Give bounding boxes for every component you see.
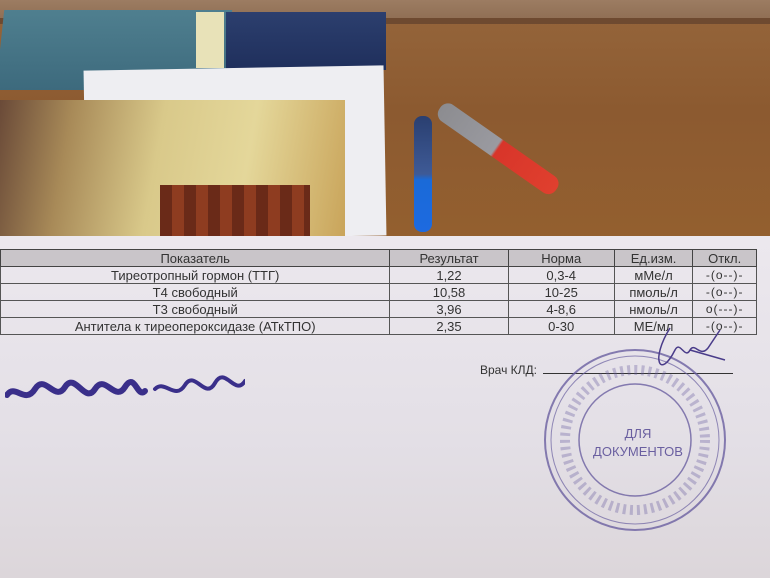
table-header-row: Показатель Результат Норма Ед.изм. Откл. bbox=[1, 250, 757, 267]
unit: мМе/л bbox=[614, 267, 693, 284]
stamp-line-1: ДЛЯ bbox=[578, 425, 698, 443]
result-value: 1,22 bbox=[390, 267, 508, 284]
book-pages bbox=[196, 12, 224, 68]
unit: пмоль/л bbox=[614, 284, 693, 301]
stamp-line-2: ДОКУМЕНТОВ bbox=[578, 443, 698, 461]
deviation-marker: -(о--)- bbox=[693, 267, 757, 284]
header-result: Результат bbox=[390, 250, 508, 267]
table-row: Т4 свободный 10,58 10-25 пмоль/л -(о--)- bbox=[1, 284, 757, 301]
navy-book bbox=[226, 12, 386, 70]
norm-range: 0-30 bbox=[508, 318, 614, 335]
magazine-illustration bbox=[160, 185, 310, 237]
norm-range: 4-8,6 bbox=[508, 301, 614, 318]
doctor-label: Врач КЛД: bbox=[480, 363, 537, 377]
doctor-signature bbox=[630, 320, 730, 380]
parameter-name: Тиреотропный гормон (ТТГ) bbox=[1, 267, 390, 284]
parameter-name: Антитела к тиреопероксидазе (АТкТПО) bbox=[1, 318, 390, 335]
table-row: Т3 свободный 3,96 4-8,6 нмоль/л о(---)- bbox=[1, 301, 757, 318]
table-row: Тиреотропный гормон (ТТГ) 1,22 0,3-4 мМе… bbox=[1, 267, 757, 284]
header-parameter: Показатель bbox=[1, 250, 390, 267]
norm-range: 0,3-4 bbox=[508, 267, 614, 284]
photo-scene: Показатель Результат Норма Ед.изм. Откл.… bbox=[0, 0, 770, 578]
blue-pen bbox=[414, 116, 432, 232]
deviation-marker: -(о--)- bbox=[693, 284, 757, 301]
header-deviation: Откл. bbox=[693, 250, 757, 267]
redacted-name-scribble bbox=[5, 375, 245, 409]
parameter-name: Т4 свободный bbox=[1, 284, 390, 301]
header-unit: Ед.изм. bbox=[614, 250, 693, 267]
parameter-name: Т3 свободный bbox=[1, 301, 390, 318]
deviation-marker: о(---)- bbox=[693, 301, 757, 318]
norm-range: 10-25 bbox=[508, 284, 614, 301]
header-norm: Норма bbox=[508, 250, 614, 267]
stamp-center-text: ДЛЯ ДОКУМЕНТОВ bbox=[578, 425, 698, 461]
unit: нмоль/л bbox=[614, 301, 693, 318]
result-value: 2,35 bbox=[390, 318, 508, 335]
result-value: 10,58 bbox=[390, 284, 508, 301]
result-value: 3,96 bbox=[390, 301, 508, 318]
